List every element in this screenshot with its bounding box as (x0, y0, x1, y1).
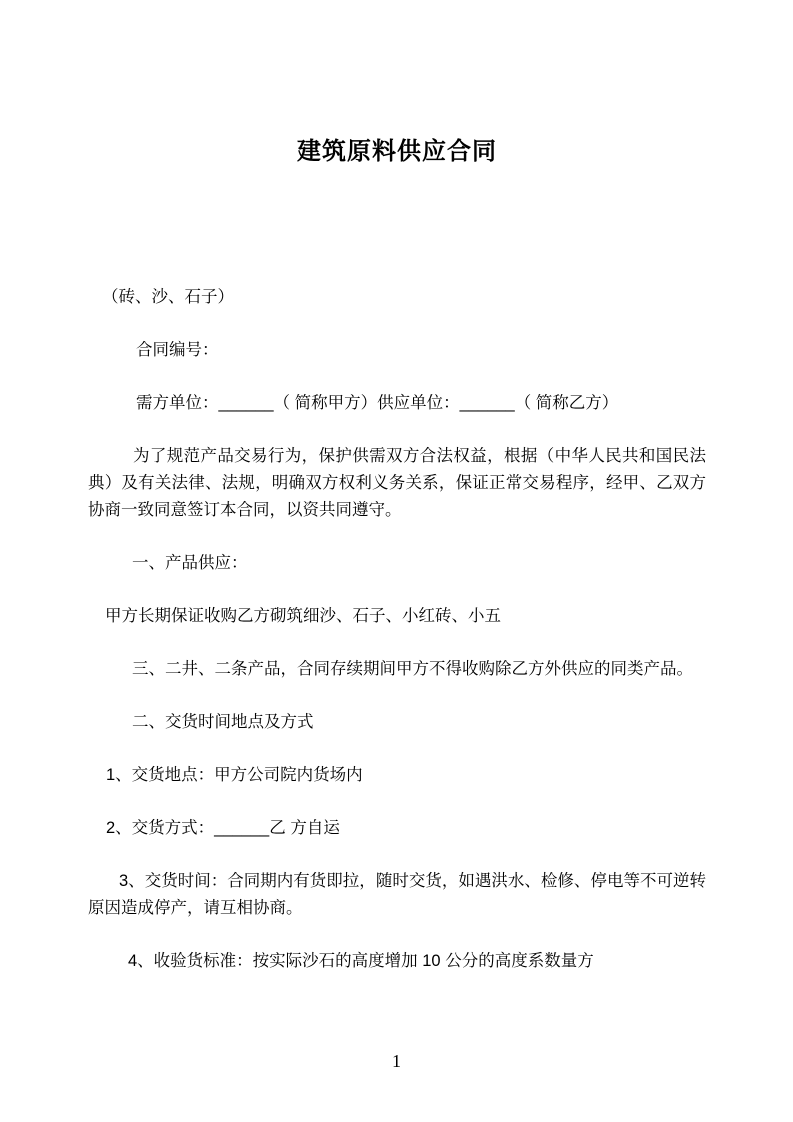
paragraph-clause-delivery-method: 2、交货方式：______乙 方自运 (88, 815, 706, 842)
page-number: 1 (0, 1050, 793, 1072)
section-1-heading: 一、产品供应： (88, 550, 706, 577)
document-page: 建筑原料供应合同 （砖、沙、石子） 合同编号： 需方单位：______（ 简称甲… (0, 0, 793, 1122)
paragraph-clause-delivery-place: 1、交货地点：甲方公司院内货场内 (88, 762, 706, 789)
section-2-heading: 二、交货时间地点及方式 (88, 709, 706, 736)
paragraph-clause-exclusive: 三、二井、二条产品，合同存续期间甲方不得收购除乙方外供应的同类产品。 (88, 656, 706, 683)
paragraph-parties: 需方单位：______（ 简称甲方）供应单位：______（ 简称乙方） (88, 390, 706, 417)
paragraph-clause-delivery-time: 3、交货时间：合同期内有货即拉，随时交货，如遇洪水、检修、停电等不可逆转原因造成… (88, 868, 706, 922)
paragraph-contract-number: 合同编号： (88, 337, 706, 364)
paragraph-clause-acceptance-standard: 4、收验货标准：按实际沙石的高度增加 10 公分的高度系数量方 (88, 948, 706, 975)
document-title: 建筑原料供应合同 (88, 0, 706, 168)
paragraph-clause-supply: 甲方长期保证收购乙方砌筑细沙、石子、小红砖、小五 (88, 603, 706, 630)
paragraph-material-note: （砖、沙、石子） (88, 284, 706, 311)
paragraph-preamble: 为了规范产品交易行为，保护供需双方合法权益，根据（中华人民共和国民法典）及有关法… (88, 443, 706, 524)
document-body: 建筑原料供应合同 （砖、沙、石子） 合同编号： 需方单位：______（ 简称甲… (88, 0, 706, 1001)
